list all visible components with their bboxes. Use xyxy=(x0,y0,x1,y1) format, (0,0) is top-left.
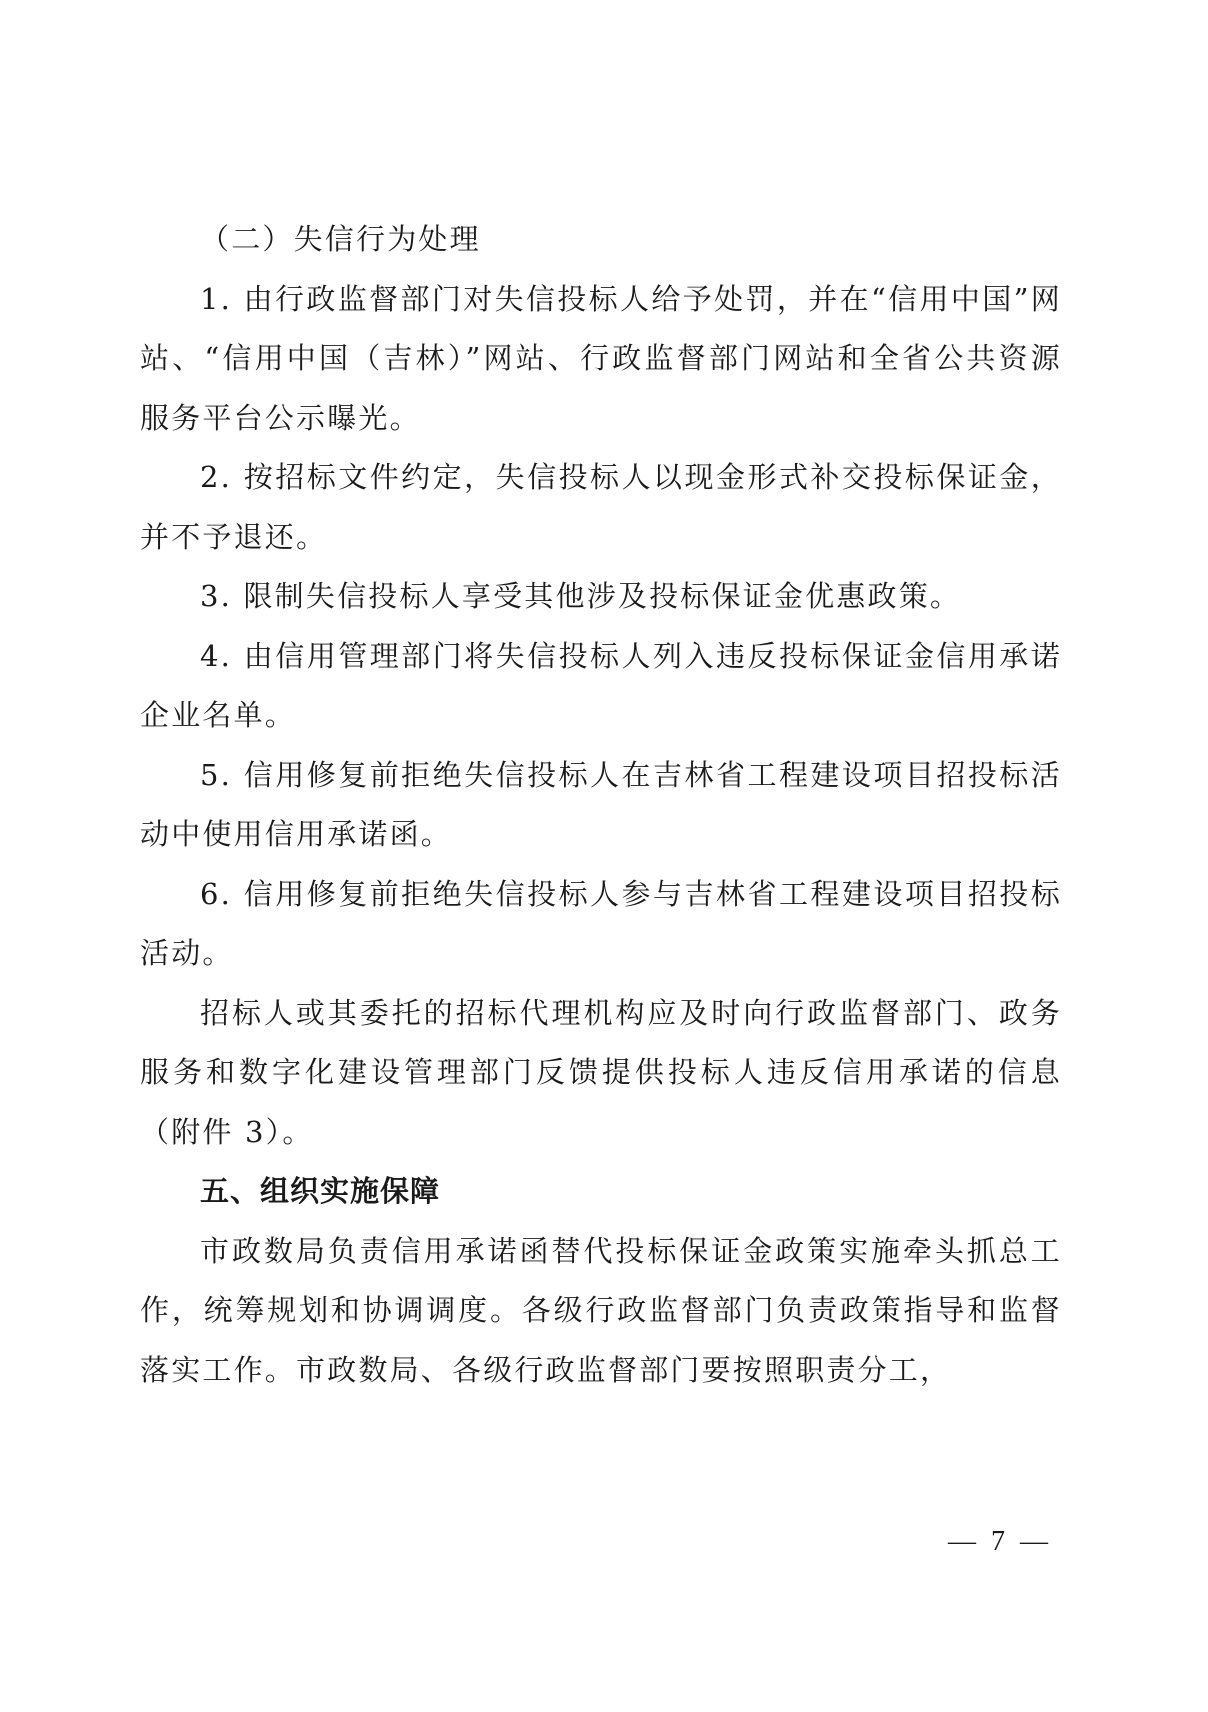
subheading-dishonest-behavior-handling: （二）失信行为处理 xyxy=(140,210,1062,270)
section-paragraph: 市政数局负责信用承诺函替代投标保证金政策实施牵头抓总工作，统筹规划和协调调度。各… xyxy=(140,1222,1062,1401)
list-item-3: 3. 限制失信投标人享受其他涉及投标保证金优惠政策。 xyxy=(140,567,1062,627)
closing-paragraph: 招标人或其委托的招标代理机构应及时向行政监督部门、政务服务和数字化建设管理部门反… xyxy=(140,984,1062,1163)
list-item-2: 2. 按招标文件约定，失信投标人以现金形式补交投标保证金，并不予退还。 xyxy=(140,448,1062,567)
list-item-1: 1. 由行政监督部门对失信投标人给予处罚，并在“信用中国”网站、“信用中国（吉林… xyxy=(140,270,1062,449)
document-page: （二）失信行为处理 1. 由行政监督部门对失信投标人给予处罚，并在“信用中国”网… xyxy=(140,210,1062,1400)
list-item-4: 4. 由信用管理部门将失信投标人列入违反投标保证金信用承诺企业名单。 xyxy=(140,627,1062,746)
page-number: — 7 — xyxy=(948,1526,1052,1558)
list-item-6: 6. 信用修复前拒绝失信投标人参与吉林省工程建设项目招投标活动。 xyxy=(140,865,1062,984)
section-heading-implementation-guarantee: 五、组织实施保障 xyxy=(140,1162,1062,1222)
list-item-5: 5. 信用修复前拒绝失信投标人在吉林省工程建设项目招投标活动中使用信用承诺函。 xyxy=(140,746,1062,865)
